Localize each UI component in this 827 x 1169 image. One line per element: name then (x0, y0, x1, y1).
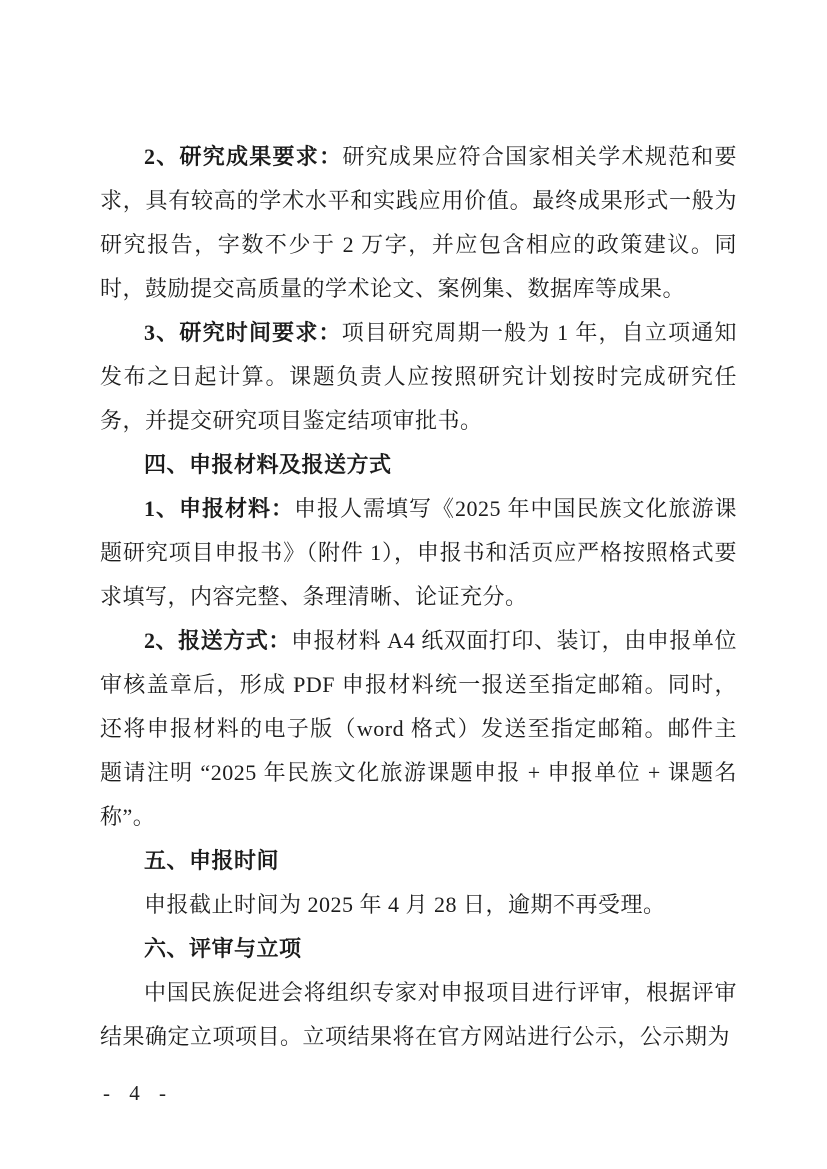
paragraph-lead: 3、研究时间要求： (144, 320, 342, 345)
paragraph: 2、研究成果要求：研究成果应符合国家相关学术规范和要求，具有较高的学术水平和实践… (100, 135, 737, 311)
section-heading: 五、申报时间 (100, 839, 737, 883)
paragraph-lead: 2、研究成果要求： (144, 144, 342, 169)
document-body: 2、研究成果要求：研究成果应符合国家相关学术规范和要求，具有较高的学术水平和实践… (100, 135, 737, 1059)
paragraph: 2、报送方式：申报材料 A4 纸双面打印、装订，由申报单位审核盖章后，形成 PD… (100, 619, 737, 839)
paragraph: 1、申报材料：申报人需填写《2025 年中国民族文化旅游课题研究项目申报书》（附… (100, 487, 737, 619)
paragraph: 3、研究时间要求：项目研究周期一般为 1 年，自立项通知发布之日起计算。课题负责… (100, 311, 737, 443)
paragraph-text: 中国民族促进会将组织专家对申报项目进行评审，根据评审结果确定立项项目。立项结果将… (100, 980, 737, 1049)
page-number: - 4 - (103, 1080, 173, 1106)
document-page: 2、研究成果要求：研究成果应符合国家相关学术规范和要求，具有较高的学术水平和实践… (0, 0, 827, 1169)
paragraph-text: 申报截止时间为 2025 年 4 月 28 日，逾期不再受理。 (144, 892, 666, 917)
section-heading: 四、申报材料及报送方式 (100, 443, 737, 487)
paragraph-lead: 2、报送方式： (144, 628, 291, 653)
paragraph-text: 申报材料 A4 纸双面打印、装订，由申报单位审核盖章后，形成 PDF 申报材料统… (100, 628, 737, 829)
paragraph-lead: 1、申报材料： (144, 496, 294, 521)
paragraph: 申报截止时间为 2025 年 4 月 28 日，逾期不再受理。 (100, 883, 737, 927)
section-heading: 六、评审与立项 (100, 927, 737, 971)
paragraph: 中国民族促进会将组织专家对申报项目进行评审，根据评审结果确定立项项目。立项结果将… (100, 971, 737, 1059)
